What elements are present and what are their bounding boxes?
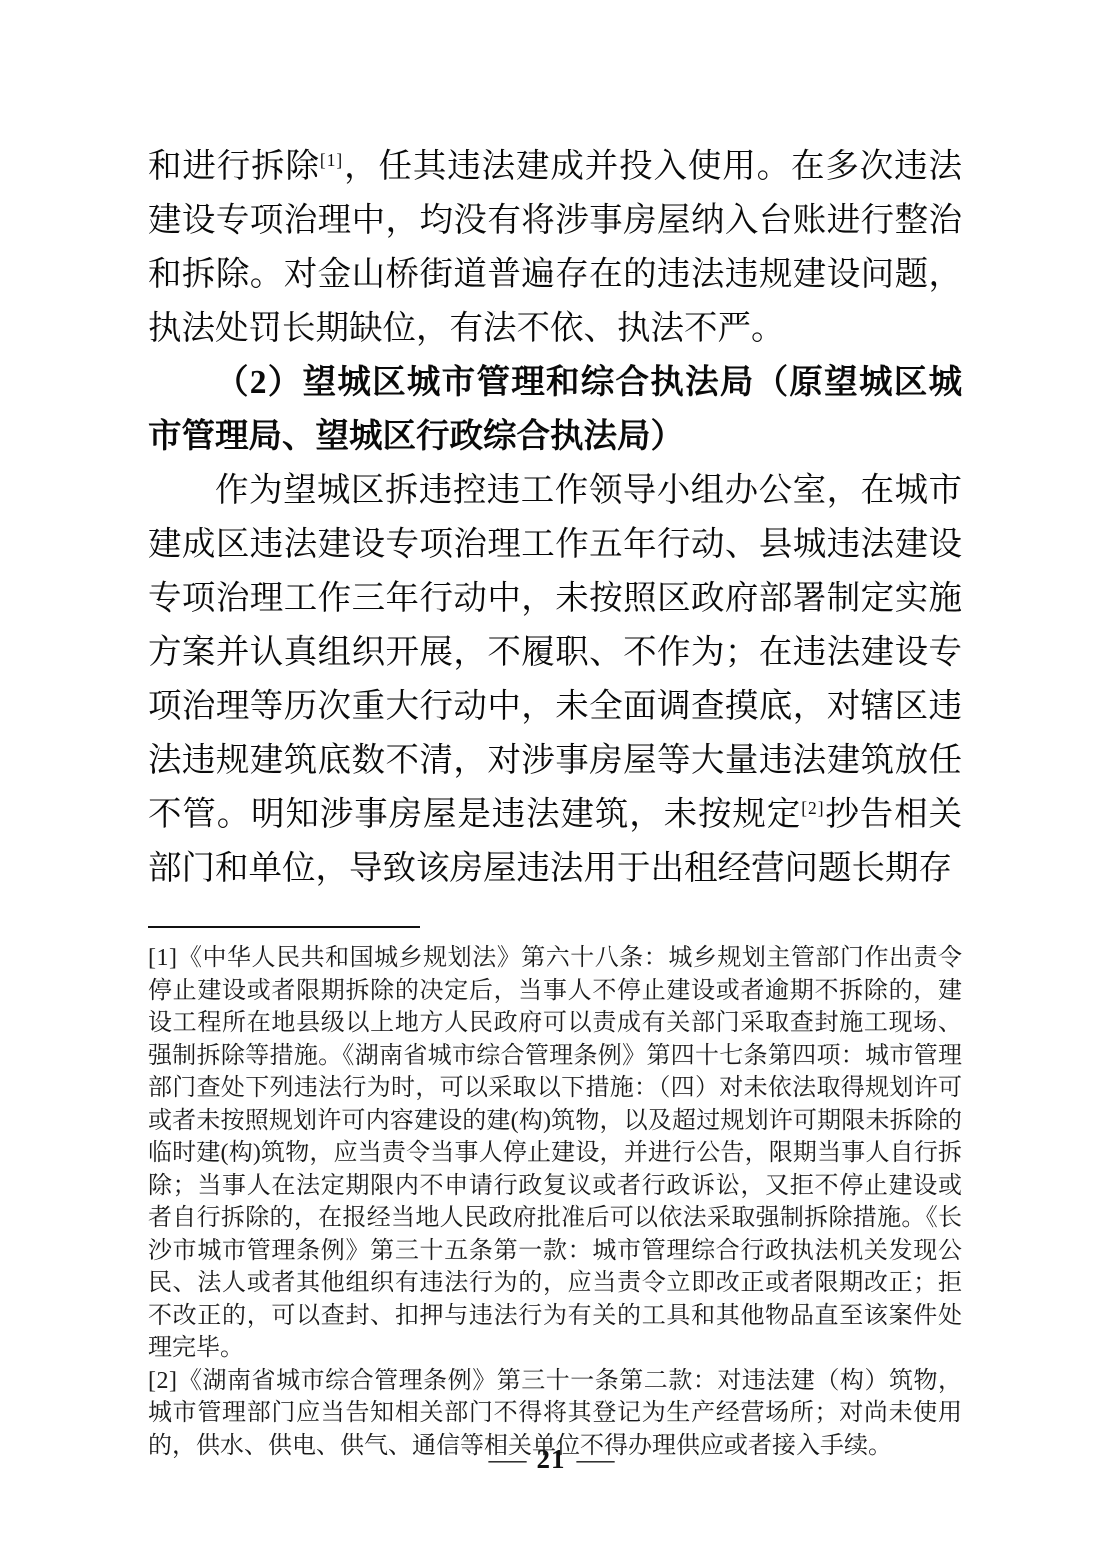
body-paragraph: 作为望城区拆违控违工作领导小组办公室，在城市建成区违法建设专项治理工作五年行动、… <box>148 464 962 896</box>
footnote-2-marker: [2] <box>148 1368 177 1394</box>
paragraph-text: 作为望城区拆违控违工作领导小组办公室，在城市建成区违法建设专项治理工作五年行动、… <box>148 472 962 833</box>
paragraph-text: 和进行拆除 <box>148 148 320 185</box>
page-number-dash-right: — <box>576 1444 614 1475</box>
page-number: — 21 — <box>0 1444 1102 1475</box>
document-page: 和进行拆除[1]，任其违法建成并投入使用。在多次违法建设专项治理中，均没有将涉事… <box>0 0 1102 1559</box>
footnote-1-text: 《中华人民共和国城乡规划法》第六十八条：城乡规划主管部门作出责令停止建设或者限期… <box>148 945 962 1361</box>
body-text-block: 和进行拆除[1]，任其违法建成并投入使用。在多次违法建设专项治理中，均没有将涉事… <box>148 140 962 896</box>
section-heading: （2）望城区城市管理和综合执法局（原望城区城市管理局、望城区行政综合执法局） <box>148 356 962 464</box>
page-content: 和进行拆除[1]，任其违法建成并投入使用。在多次违法建设专项治理中，均没有将涉事… <box>148 140 962 1462</box>
footnotes-block: [1]《中华人民共和国城乡规划法》第六十八条：城乡规划主管部门作出责令停止建设或… <box>148 942 962 1462</box>
footnote-ref-1: [1] <box>320 150 343 170</box>
footnote-separator-rule <box>148 926 420 928</box>
footnote-1-marker: [1] <box>148 945 177 971</box>
footnote-1: [1]《中华人民共和国城乡规划法》第六十八条：城乡规划主管部门作出责令停止建设或… <box>148 942 962 1365</box>
page-number-value: 21 <box>537 1444 566 1475</box>
body-paragraph-continuation: 和进行拆除[1]，任其违法建成并投入使用。在多次违法建设专项治理中，均没有将涉事… <box>148 140 962 356</box>
footnote-ref-2: [2] <box>801 798 824 818</box>
page-number-dash-left: — <box>488 1444 526 1475</box>
